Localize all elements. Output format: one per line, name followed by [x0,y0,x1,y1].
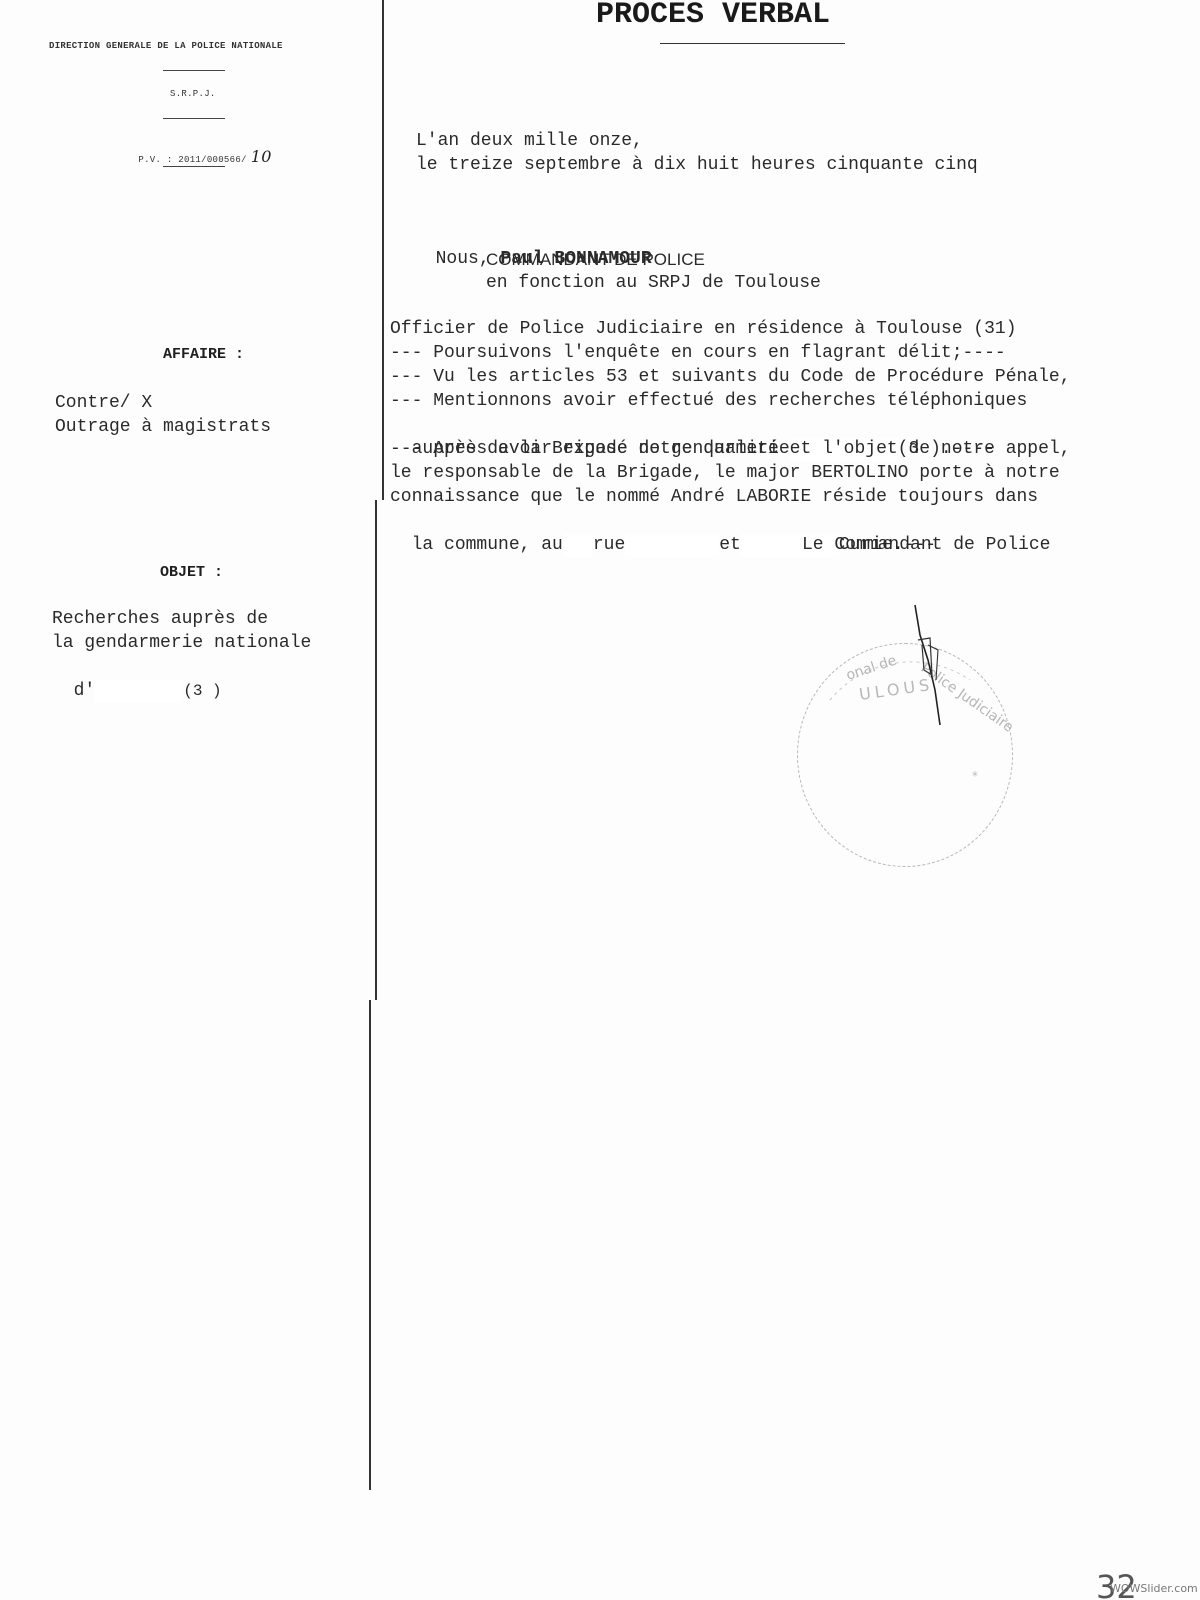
date-line: L'an deux mille onze, [416,130,643,154]
pv-handwritten: 10 [251,147,272,166]
body-line: Officier de Police Judiciaire en résiden… [390,318,1017,342]
redacted-area [95,680,183,704]
ministry-header: MINISTERE DE L'INTERIEUR [118,0,255,3]
affaire-heading: AFFAIRE : [163,346,244,363]
divider-rule [163,118,225,119]
officer-posting: en fonction au SRPJ de Toulouse [486,272,821,296]
redacted-area [563,534,593,558]
divider-rule [163,166,225,167]
svg-text:*: * [972,769,978,783]
divider-rule [163,70,225,71]
objet-prefix: d' [74,681,96,701]
body-line: --- Après avoir exposé notre qualité et … [390,438,1071,462]
affaire-line: Contre/ X [55,392,152,416]
objet-line: d' (3 ) [52,656,222,703]
body-line: le responsable de la Brigade, le major B… [390,462,1060,486]
pv-label: P.V. : 2011/000566/ [138,155,246,165]
service-header: S.R.P.J. [170,89,216,99]
body-line: --- Vu les articles 53 et suivants du Co… [390,366,1071,390]
objet-line: la gendarmerie nationale [52,632,311,656]
signature-icon [900,600,980,730]
column-divider [375,500,377,1000]
column-divider [369,1000,371,1490]
title-underline [660,43,845,44]
redacted-area [625,534,719,558]
signature-label: Le Commandant de Police [802,534,1050,558]
direction-header: DIRECTION GENERALE DE LA POLICE NATIONAL… [49,41,283,51]
body-text: rue [593,535,625,555]
watermark: WOWSlider.com [1110,1582,1198,1595]
objet-dept: (3 ) [183,682,221,700]
body-line: connaissance que le nommé André LABORIE … [390,486,1038,510]
stamp-icon: onal de Police Judiciaire ULOUS * [760,580,1020,870]
pv-number: P.V. : 2011/000566/10 [127,137,272,166]
column-divider [382,0,384,500]
objet-heading: OBJET : [160,564,223,581]
svg-text:onal de: onal de [844,653,898,684]
affaire-line: Outrage à magistrats [55,416,271,440]
page-title: PROCES VERBAL [596,0,830,32]
body-line: --- Poursuivons l'enquête en cours en fl… [390,342,1006,366]
objet-line: Recherches auprès de [52,608,268,632]
body-line: --- Mentionnons avoir effectué des reche… [390,390,1027,414]
date-line: le treize septembre à dix huit heures ci… [416,154,978,178]
body-text: la commune, au [412,535,563,555]
officer-rank: COMMANDANT DE POLICE [486,248,705,272]
body-text: et [719,535,741,555]
